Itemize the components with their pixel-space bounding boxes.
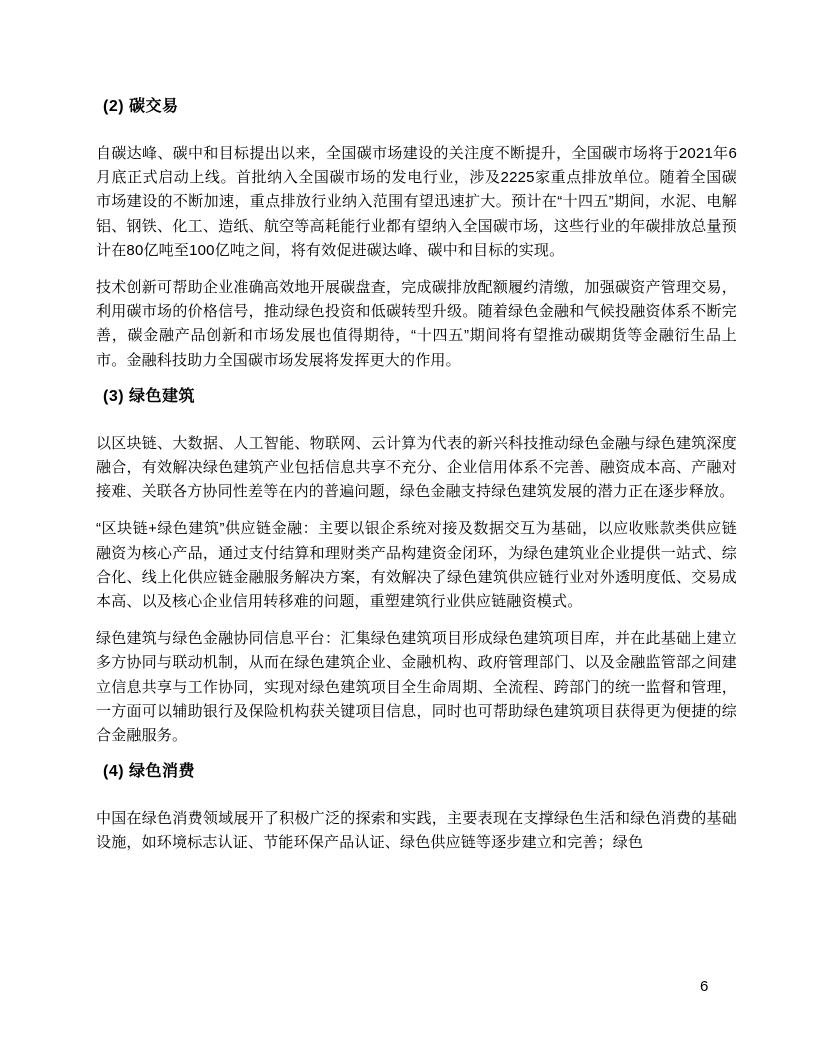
section-carbon-trading: (2) 碳交易 自碳达峰、碳中和目标提出以来，全国碳市场建设的关注度不断提升，全… (96, 96, 737, 373)
paragraph-green-consumption-practice: 中国在绿色消费领域展开了积极广泛的探索和实践，主要表现在支撑绿色生活和绿色消费的… (96, 807, 737, 855)
section-green-consumption: (4) 绿色消费 中国在绿色消费领域展开了积极广泛的探索和实践，主要表现在支撑绿… (96, 761, 737, 855)
section-green-building: (3) 绿色建筑 以区块链、大数据、人工智能、物联网、云计算为代表的新兴科技推动… (96, 386, 737, 748)
document-page: (2) 碳交易 自碳达峰、碳中和目标提出以来，全国碳市场建设的关注度不断提升，全… (0, 0, 816, 1056)
page-number: 6 (700, 977, 708, 997)
heading-carbon-trading: (2) 碳交易 (103, 96, 737, 118)
heading-green-building: (3) 绿色建筑 (103, 386, 737, 408)
paragraph-green-building-tech: 以区块链、大数据、人工智能、物联网、云计算为代表的新兴科技推动绿色金融与绿色建筑… (96, 432, 737, 505)
paragraph-carbon-market-launch: 自碳达峰、碳中和目标提出以来，全国碳市场建设的关注度不断提升，全国碳市场将于20… (96, 142, 737, 263)
paragraph-green-building-info-platform: 绿色建筑与绿色金融协同信息平台：汇集绿色建筑项目形成绿色建筑项目库，并在此基础上… (96, 627, 737, 748)
heading-green-consumption: (4) 绿色消费 (103, 761, 737, 783)
paragraph-blockchain-supply-chain-finance: “区块链+绿色建筑”供应链金融：主要以银企系统对接及数据交互为基础，以应收账款类… (96, 517, 737, 614)
paragraph-carbon-tech-innovation: 技术创新可帮助企业准确高效地开展碳盘查，完成碳排放配额履约清缴，加强碳资产管理交… (96, 276, 737, 373)
